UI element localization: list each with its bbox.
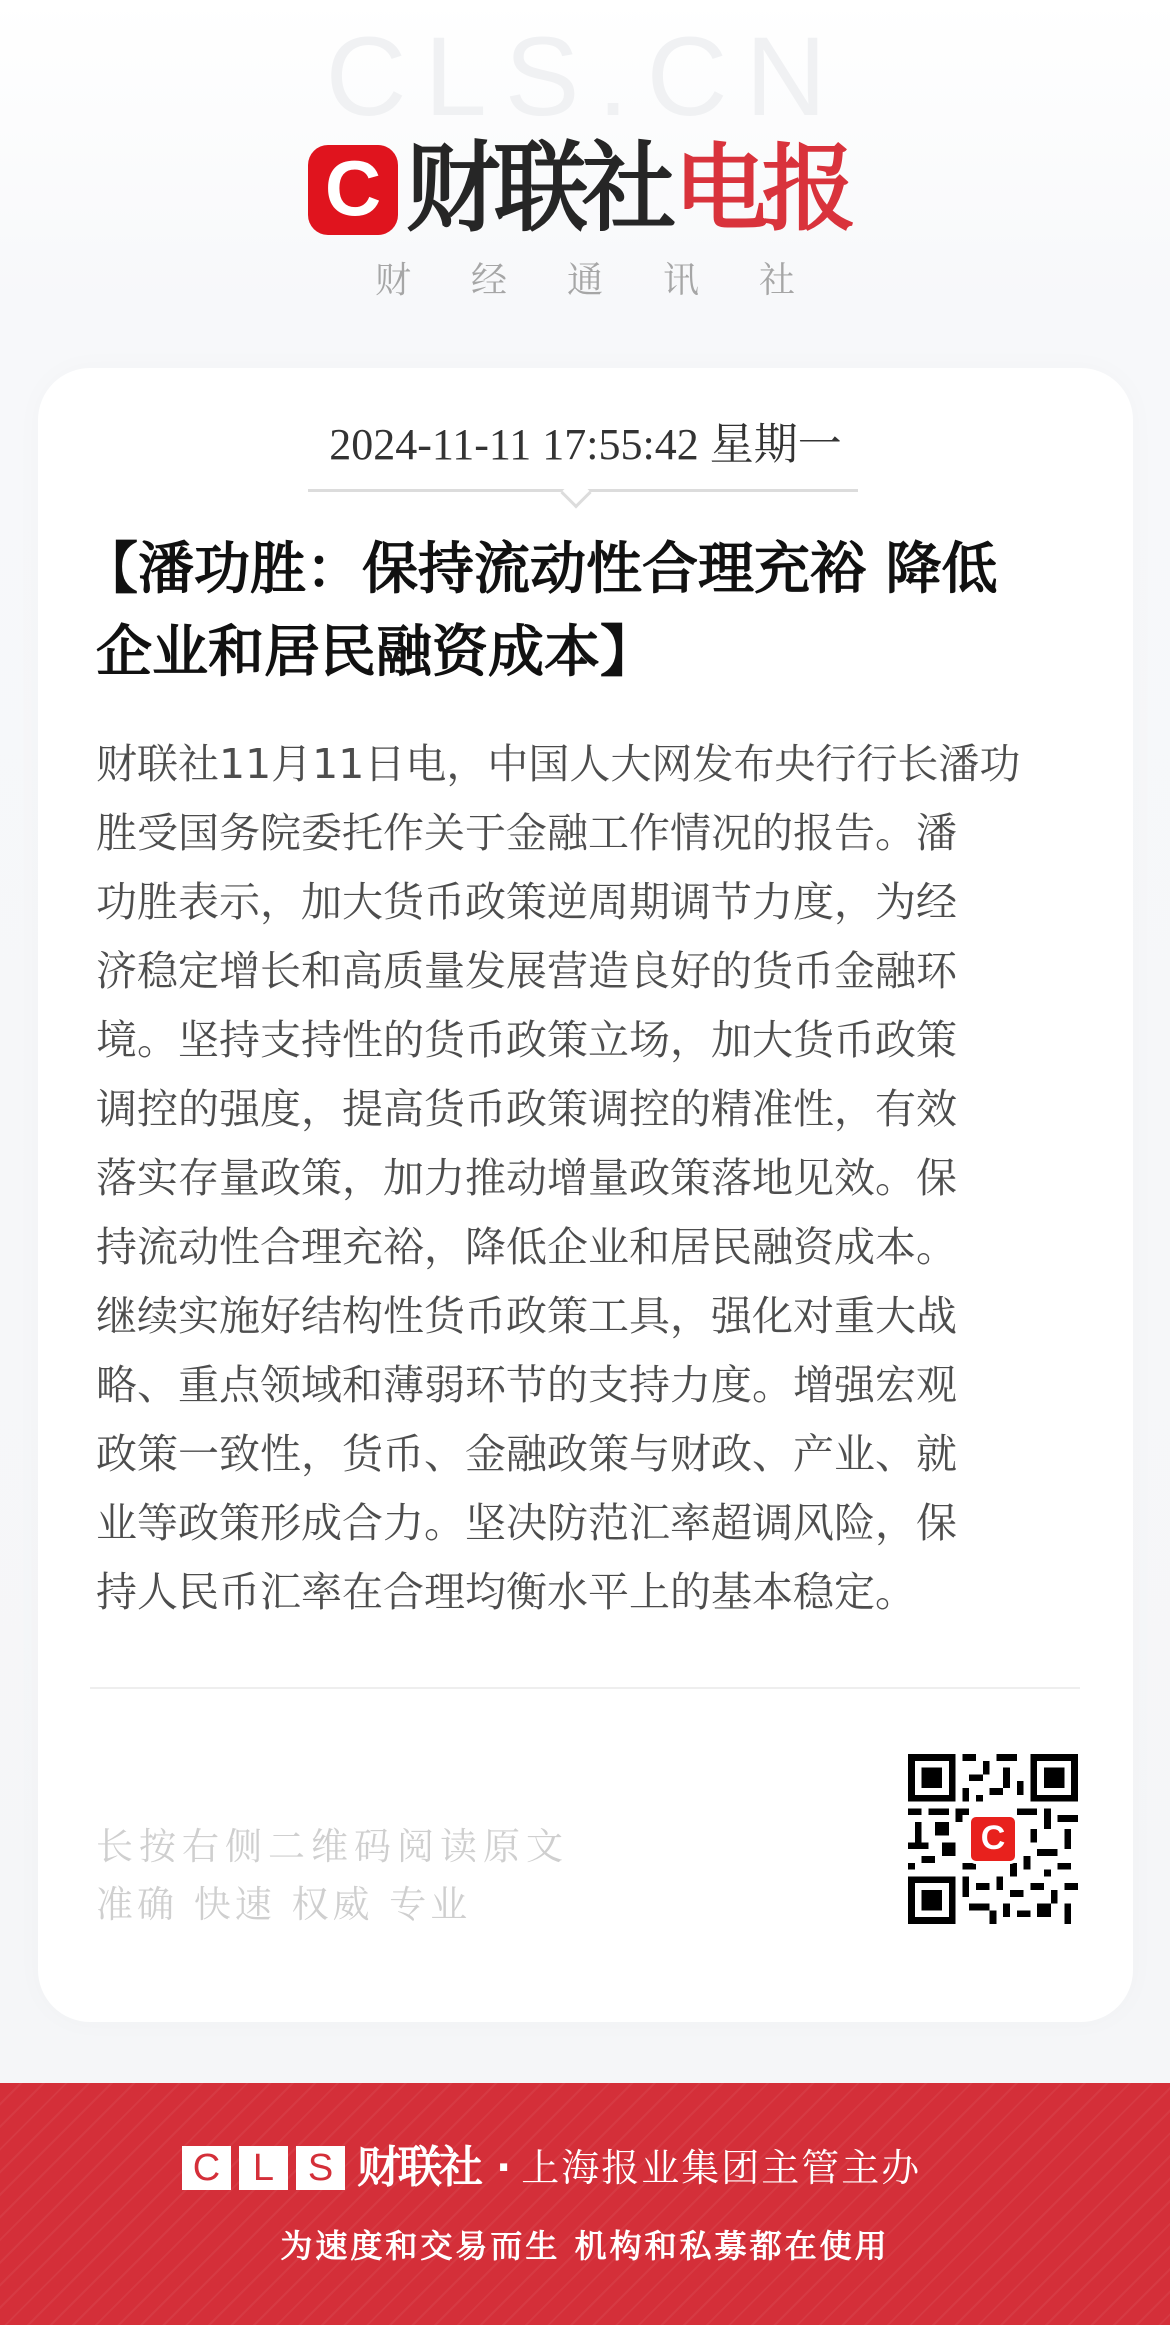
body-line: 调控的强度，提高货币政策调控的精准性，有效 bbox=[96, 1075, 1086, 1144]
news-card: 2024-11-11 17:55:42 星期一 【潘功胜：保持流动性合理充裕 降… bbox=[38, 368, 1133, 2022]
cls-letter: S bbox=[308, 2149, 333, 2187]
body-line: 功胜表示，加大货币政策逆周期调节力度，为经 bbox=[96, 868, 1086, 937]
body-line: 胜受国务院委托作关于金融工作情况的报告。潘 bbox=[96, 799, 1086, 868]
watermark-text: CLS.CN bbox=[0, 22, 1170, 132]
body-line: 持流动性合理充裕，降低企业和居民融资成本。 bbox=[96, 1213, 1086, 1282]
cls-letter: C bbox=[193, 2149, 220, 2187]
brand-badge-letter: C bbox=[325, 149, 381, 227]
footer-brand-name: 财联社 bbox=[357, 2145, 480, 2191]
body-line: 略、重点领域和薄弱环节的支持力度。增强宏观 bbox=[96, 1351, 1086, 1420]
qr-code-icon[interactable]: C bbox=[908, 1754, 1078, 1924]
divider-notch-icon bbox=[560, 477, 591, 508]
qr-hint-text: 长按右侧二维码阅读原文 bbox=[96, 1818, 569, 1876]
footer-organization: 上海报业集团主管主办 bbox=[521, 2145, 921, 2191]
body-line: 继续实施好结构性货币政策工具，强化对重大战 bbox=[96, 1282, 1086, 1351]
cls-letter-box: L bbox=[239, 2146, 288, 2190]
news-datetime: 2024-11-11 17:55:42 星期一 bbox=[38, 418, 1133, 472]
qr-center-logo-icon: C bbox=[968, 1814, 1018, 1864]
footer-tagline: 为速度和交易而生 机构和私募都在使用 bbox=[0, 2221, 1170, 2271]
cls-letter-box: S bbox=[296, 2146, 345, 2190]
brand-logo: C 财联社 电报 bbox=[308, 140, 850, 240]
headline-line-2: 企业和居民融资成本】 bbox=[96, 611, 1096, 694]
slogan-text: 准确 快速 权威 专业 bbox=[96, 1876, 471, 1934]
body-line: 持人民币汇率在合理均衡水平上的基本稳定。 bbox=[96, 1558, 1086, 1627]
footer-separator-dot: · bbox=[496, 2145, 511, 2191]
cls-letter: L bbox=[253, 2149, 274, 2187]
body-line: 财联社11月11日电，中国人大网发布央行行长潘功 bbox=[96, 730, 1086, 799]
body-line: 济稳定增长和高质量发展营造良好的货币金融环 bbox=[96, 937, 1086, 1006]
body-line: 境。坚持支持性的货币政策立场，加大货币政策 bbox=[96, 1006, 1086, 1075]
headline-line-1: 【潘功胜：保持流动性合理充裕 降低 bbox=[82, 528, 1096, 611]
news-headline: 【潘功胜：保持流动性合理充裕 降低 企业和居民融资成本】 bbox=[96, 528, 1096, 694]
brand-tagline: 财经通讯社 bbox=[0, 256, 1170, 306]
card-divider bbox=[90, 1687, 1080, 1689]
body-line: 政策一致性，货币、金融政策与财政、产业、就 bbox=[96, 1420, 1086, 1489]
cls-letter-box: C bbox=[182, 2146, 231, 2190]
news-body: 财联社11月11日电，中国人大网发布央行行长潘功 胜受国务院委托作关于金融工作情… bbox=[96, 730, 1086, 1627]
footer-banner: C L S 财联社 · 上海报业集团主管主办 为速度和交易而生 机构和私募都在使… bbox=[0, 2083, 1170, 2325]
cls-logo-icon: C bbox=[308, 145, 398, 235]
brand-product: 电报 bbox=[674, 140, 850, 240]
body-line: 落实存量政策，加力推动增量政策落地见效。保 bbox=[96, 1144, 1086, 1213]
brand-name: 财联社 bbox=[406, 138, 670, 242]
footer-brand-row: C L S 财联社 · 上海报业集团主管主办 bbox=[182, 2145, 921, 2191]
qr-logo-letter: C bbox=[981, 1821, 1006, 1855]
body-line: 业等政策形成合力。坚决防范汇率超调风险，保 bbox=[96, 1489, 1086, 1558]
